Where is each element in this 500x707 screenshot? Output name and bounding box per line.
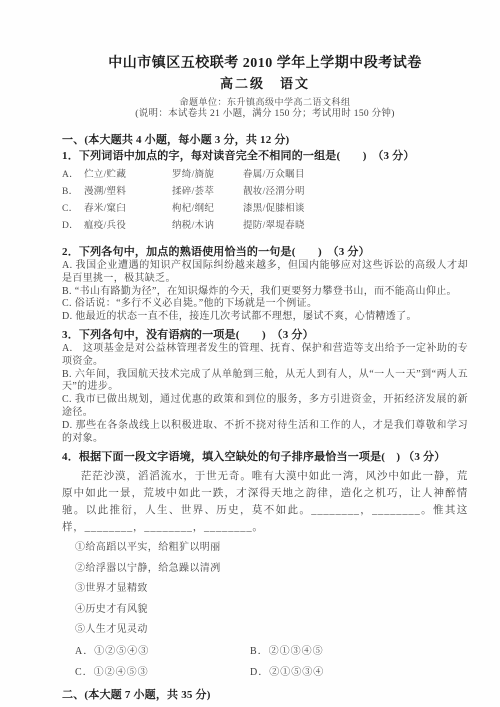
- word-pair: 伫立/贮藏: [84, 167, 172, 184]
- q1-stem: 1．下列词语中加点的字，每对读音完全不相同的一组是( ) （3 分）: [62, 149, 468, 163]
- section-one-heading: 一、(本大题共 4 小题，每小题 3 分，共 12 分): [62, 133, 468, 147]
- word-pair: 漫溯/塑料: [84, 184, 172, 201]
- question-4: 4．根据下面一段文字语境，填入空缺处的句子排序最恰当一项是( ) （3 分） 茫…: [62, 450, 468, 683]
- question-1: 1．下列词语中加点的字，每对读音完全不相同的一组是( ) （3 分） A． 伫立…: [62, 149, 468, 235]
- word-pair: 瘟疫/兵役: [84, 218, 172, 235]
- setter-line: 命题单位：东升镇高级中学高二语文科组: [62, 96, 468, 108]
- word-pair: 纳税/木讷: [172, 218, 243, 235]
- word-pair: 揉碎/荟萃: [172, 184, 243, 201]
- exam-grade-subject: 高二级 语文: [62, 75, 468, 92]
- q3-option-b: B. 六年间，我国航天技术完成了从单舱到三舱，从无人到有人，从“一人一天”到“两…: [62, 369, 468, 395]
- exam-header: 中山市镇区五校联考 2010 学年上学期中段考试卷 高二级 语文 命题单位：东升…: [62, 55, 468, 120]
- q2-option-b: B. “书山有路勤为径”，在知识爆炸的今天，我们更要努力攀登书山，而不能高山仰止…: [62, 286, 468, 299]
- word-pair: 靓妆/泾渭分明: [243, 184, 468, 201]
- q4-answer-row-2: C．①②④⑤③ D．②①⑤③④: [75, 662, 468, 683]
- word-pair: 漆黑/促膝相谈: [243, 201, 468, 218]
- q4-answer-b: B．②①③④⑤: [250, 641, 324, 662]
- section-two-heading: 二、(本大题 7 小题，共 35 分): [62, 688, 468, 702]
- q1-option-row-c: C． 舂米/窠臼 枸杞/纲纪 漆黑/促膝相谈: [62, 201, 468, 218]
- q4-item-3: ③世界才显精致: [75, 579, 468, 600]
- q4-answer-d: D．②①⑤③④: [250, 662, 324, 683]
- q2-option-a: A. 我国企业遭遇的知识产权国际纠纷越来越多，但国内能够应对这些诉讼的高级人才却…: [62, 260, 468, 286]
- q3-option-a: A. 这项基金是对公益林管理者发生的管理、抚育、保护和营造等支出给予一定补助的专…: [62, 343, 468, 369]
- exam-title: 中山市镇区五校联考 2010 学年上学期中段考试卷: [62, 55, 468, 73]
- question-3: 3．下列各句中，没有语病的一项是( ) （3 分） A. 这项基金是对公益林管理…: [62, 328, 468, 445]
- option-label: C．: [62, 201, 84, 218]
- q4-answer-a: A．①②⑤④③: [75, 641, 250, 662]
- q2-option-c: C. 俗话说：“多行不义必自毙。”他的下场就是一个例证。: [62, 298, 468, 311]
- word-pair: 罗绮/旖旎: [172, 167, 243, 184]
- q2-option-d: D. 他最近的状态一直不佳，接连几次考试都不理想，屡试不爽，心情糟透了。: [62, 311, 468, 324]
- q4-items: ①给高蹈以平实，给粗犷以明丽 ②给浮嚣以宁静，给急躁以清冽 ③世界才显精致 ④历…: [75, 538, 468, 641]
- word-pair: 枸杞/纲纪: [172, 201, 243, 218]
- option-label: A．: [62, 167, 84, 184]
- q4-item-4: ④历史才有风貌: [75, 600, 468, 621]
- q1-options: A． 伫立/贮藏 罗绮/旖旎 眷属/万众瞩目 B． 漫溯/塑料 揉碎/荟萃 靓妆…: [62, 167, 468, 235]
- q2-stem: 2．下列各句中，加点的熟语使用恰当的一句是( ) （3 分）: [62, 245, 468, 259]
- exam-paper-page: 中山市镇区五校联考 2010 学年上学期中段考试卷 高二级 语文 命题单位：东升…: [0, 0, 500, 707]
- q3-option-d: D. 那些在各条战线上以积极进取、不折不挠对待生活和工作的人，才是我们尊敬和学习…: [62, 420, 468, 446]
- q4-item-1: ①给高蹈以平实，给粗犷以明丽: [75, 538, 468, 559]
- q3-option-c: C. 我市已做出规划，通过优惠的政策和到位的服务，多方引进资金，开拓经济发展的新…: [62, 394, 468, 420]
- q1-option-row-b: B． 漫溯/塑料 揉碎/荟萃 靓妆/泾渭分明: [62, 184, 468, 201]
- instructions-line: (说明：本试卷共 21 小题，满分 150 分；考试用时 150 分钟): [62, 108, 468, 120]
- word-pair: 舂米/窠臼: [84, 201, 172, 218]
- q1-option-row-d: D． 瘟疫/兵役 纳税/木讷 提防/翠堤春晓: [62, 218, 468, 235]
- word-pair: 提防/翠堤春晓: [243, 218, 468, 235]
- word-pair: 眷属/万众瞩目: [243, 167, 468, 184]
- question-2: 2．下列各句中，加点的熟语使用恰当的一句是( ) （3 分） A. 我国企业遭遇…: [62, 245, 468, 324]
- q3-stem: 3．下列各句中，没有语病的一项是( ) （3 分）: [62, 328, 468, 342]
- q4-item-2: ②给浮嚣以宁静，给急躁以清冽: [75, 559, 468, 580]
- q4-answer-c: C．①②④⑤③: [75, 662, 250, 683]
- option-label: B．: [62, 184, 84, 201]
- q1-option-row-a: A． 伫立/贮藏 罗绮/旖旎 眷属/万众瞩目: [62, 167, 468, 184]
- q4-stem: 4．根据下面一段文字语境，填入空缺处的句子排序最恰当一项是( ) （3 分）: [62, 450, 468, 464]
- q4-item-5: ⑤人生才见灵动: [75, 620, 468, 641]
- q4-passage: 茫茫沙漠，滔滔流水，于世无奇。唯有大漠中如此一湾，风沙中如此一静，荒原中如此一景…: [62, 468, 468, 536]
- q4-answer-row-1: A．①②⑤④③ B．②①③④⑤: [75, 641, 468, 662]
- option-label: D．: [62, 218, 84, 235]
